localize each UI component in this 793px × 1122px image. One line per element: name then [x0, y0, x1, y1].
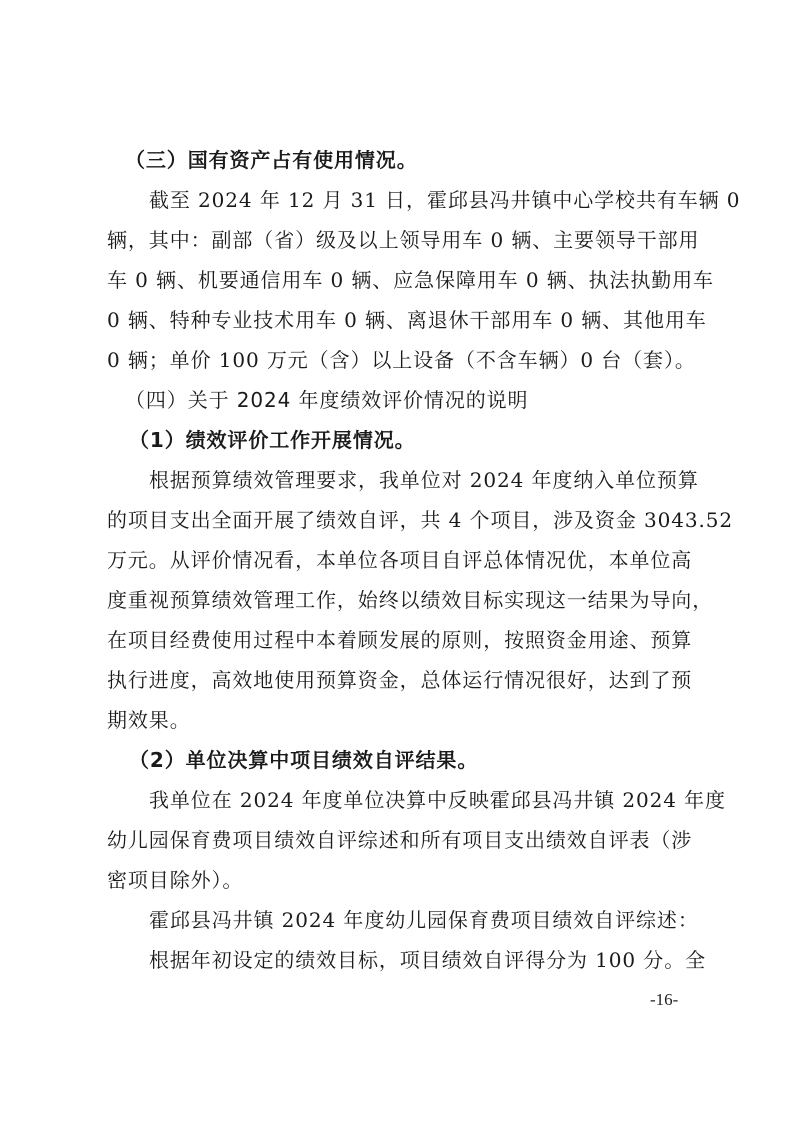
paragraph-line: 万元。从评价情况看，本单位各项目自评总体情况优，本单位高 — [107, 540, 693, 580]
paragraph-line: 辆，其中：副部（省）级及以上领导用车 0 辆、主要领导干部用 — [107, 220, 693, 260]
paragraph-line: 执行进度，高效地使用预算资金，总体运行情况很好，达到了预 — [107, 660, 693, 700]
paragraph-line: 0 辆；单价 100 万元（含）以上设备（不含车辆）0 台（套）。 — [107, 340, 693, 380]
paragraph-line: 我单位在 2024 年度单位决算中反映霍邱县冯井镇 2024 年度 — [107, 780, 693, 820]
paragraph-line: 截至 2024 年 12 月 31 日，霍邱县冯井镇中心学校共有车辆 0 — [107, 180, 693, 220]
paragraph-line: 车 0 辆、机要通信用车 0 辆、应急保障用车 0 辆、执法执勤用车 — [107, 260, 693, 300]
section-heading-performance: （四）关于 2024 年度绩效评价情况的说明 — [107, 380, 693, 420]
paragraph-line: 在项目经费使用过程中本着顾发展的原则，按照资金用途、预算 — [107, 620, 693, 660]
paragraph-line: 霍邱县冯井镇 2024 年度幼儿园保育费项目绩效自评综述： — [107, 900, 693, 940]
document-page: （三）国有资产占有使用情况。 截至 2024 年 12 月 31 日，霍邱县冯井… — [107, 140, 693, 980]
paragraph-line: 根据预算绩效管理要求，我单位对 2024 年度纳入单位预算 — [107, 460, 693, 500]
paragraph-line: 的项目支出全面开展了绩效自评，共 4 个项目，涉及资金 3043.52 — [107, 500, 693, 540]
subsection-heading-evaluation-work: （1）绩效评价工作开展情况。 — [107, 420, 693, 460]
paragraph-line: 密项目除外）。 — [107, 860, 693, 900]
section-heading-state-assets: （三）国有资产占有使用情况。 — [107, 140, 693, 180]
paragraph-line: 期效果。 — [107, 700, 693, 740]
paragraph-line: 幼儿园保育费项目绩效自评综述和所有项目支出绩效自评表（涉 — [107, 820, 693, 860]
page-number: -16- — [650, 990, 678, 1010]
paragraph-line: 0 辆、特种专业技术用车 0 辆、离退休干部用车 0 辆、其他用车 — [107, 300, 693, 340]
paragraph-line: 根据年初设定的绩效目标，项目绩效自评得分为 100 分。全 — [107, 940, 693, 980]
subsection-heading-self-evaluation-results: （2）单位决算中项目绩效自评结果。 — [107, 740, 693, 780]
paragraph-line: 度重视预算绩效管理工作，始终以绩效目标实现这一结果为导向， — [107, 580, 693, 620]
